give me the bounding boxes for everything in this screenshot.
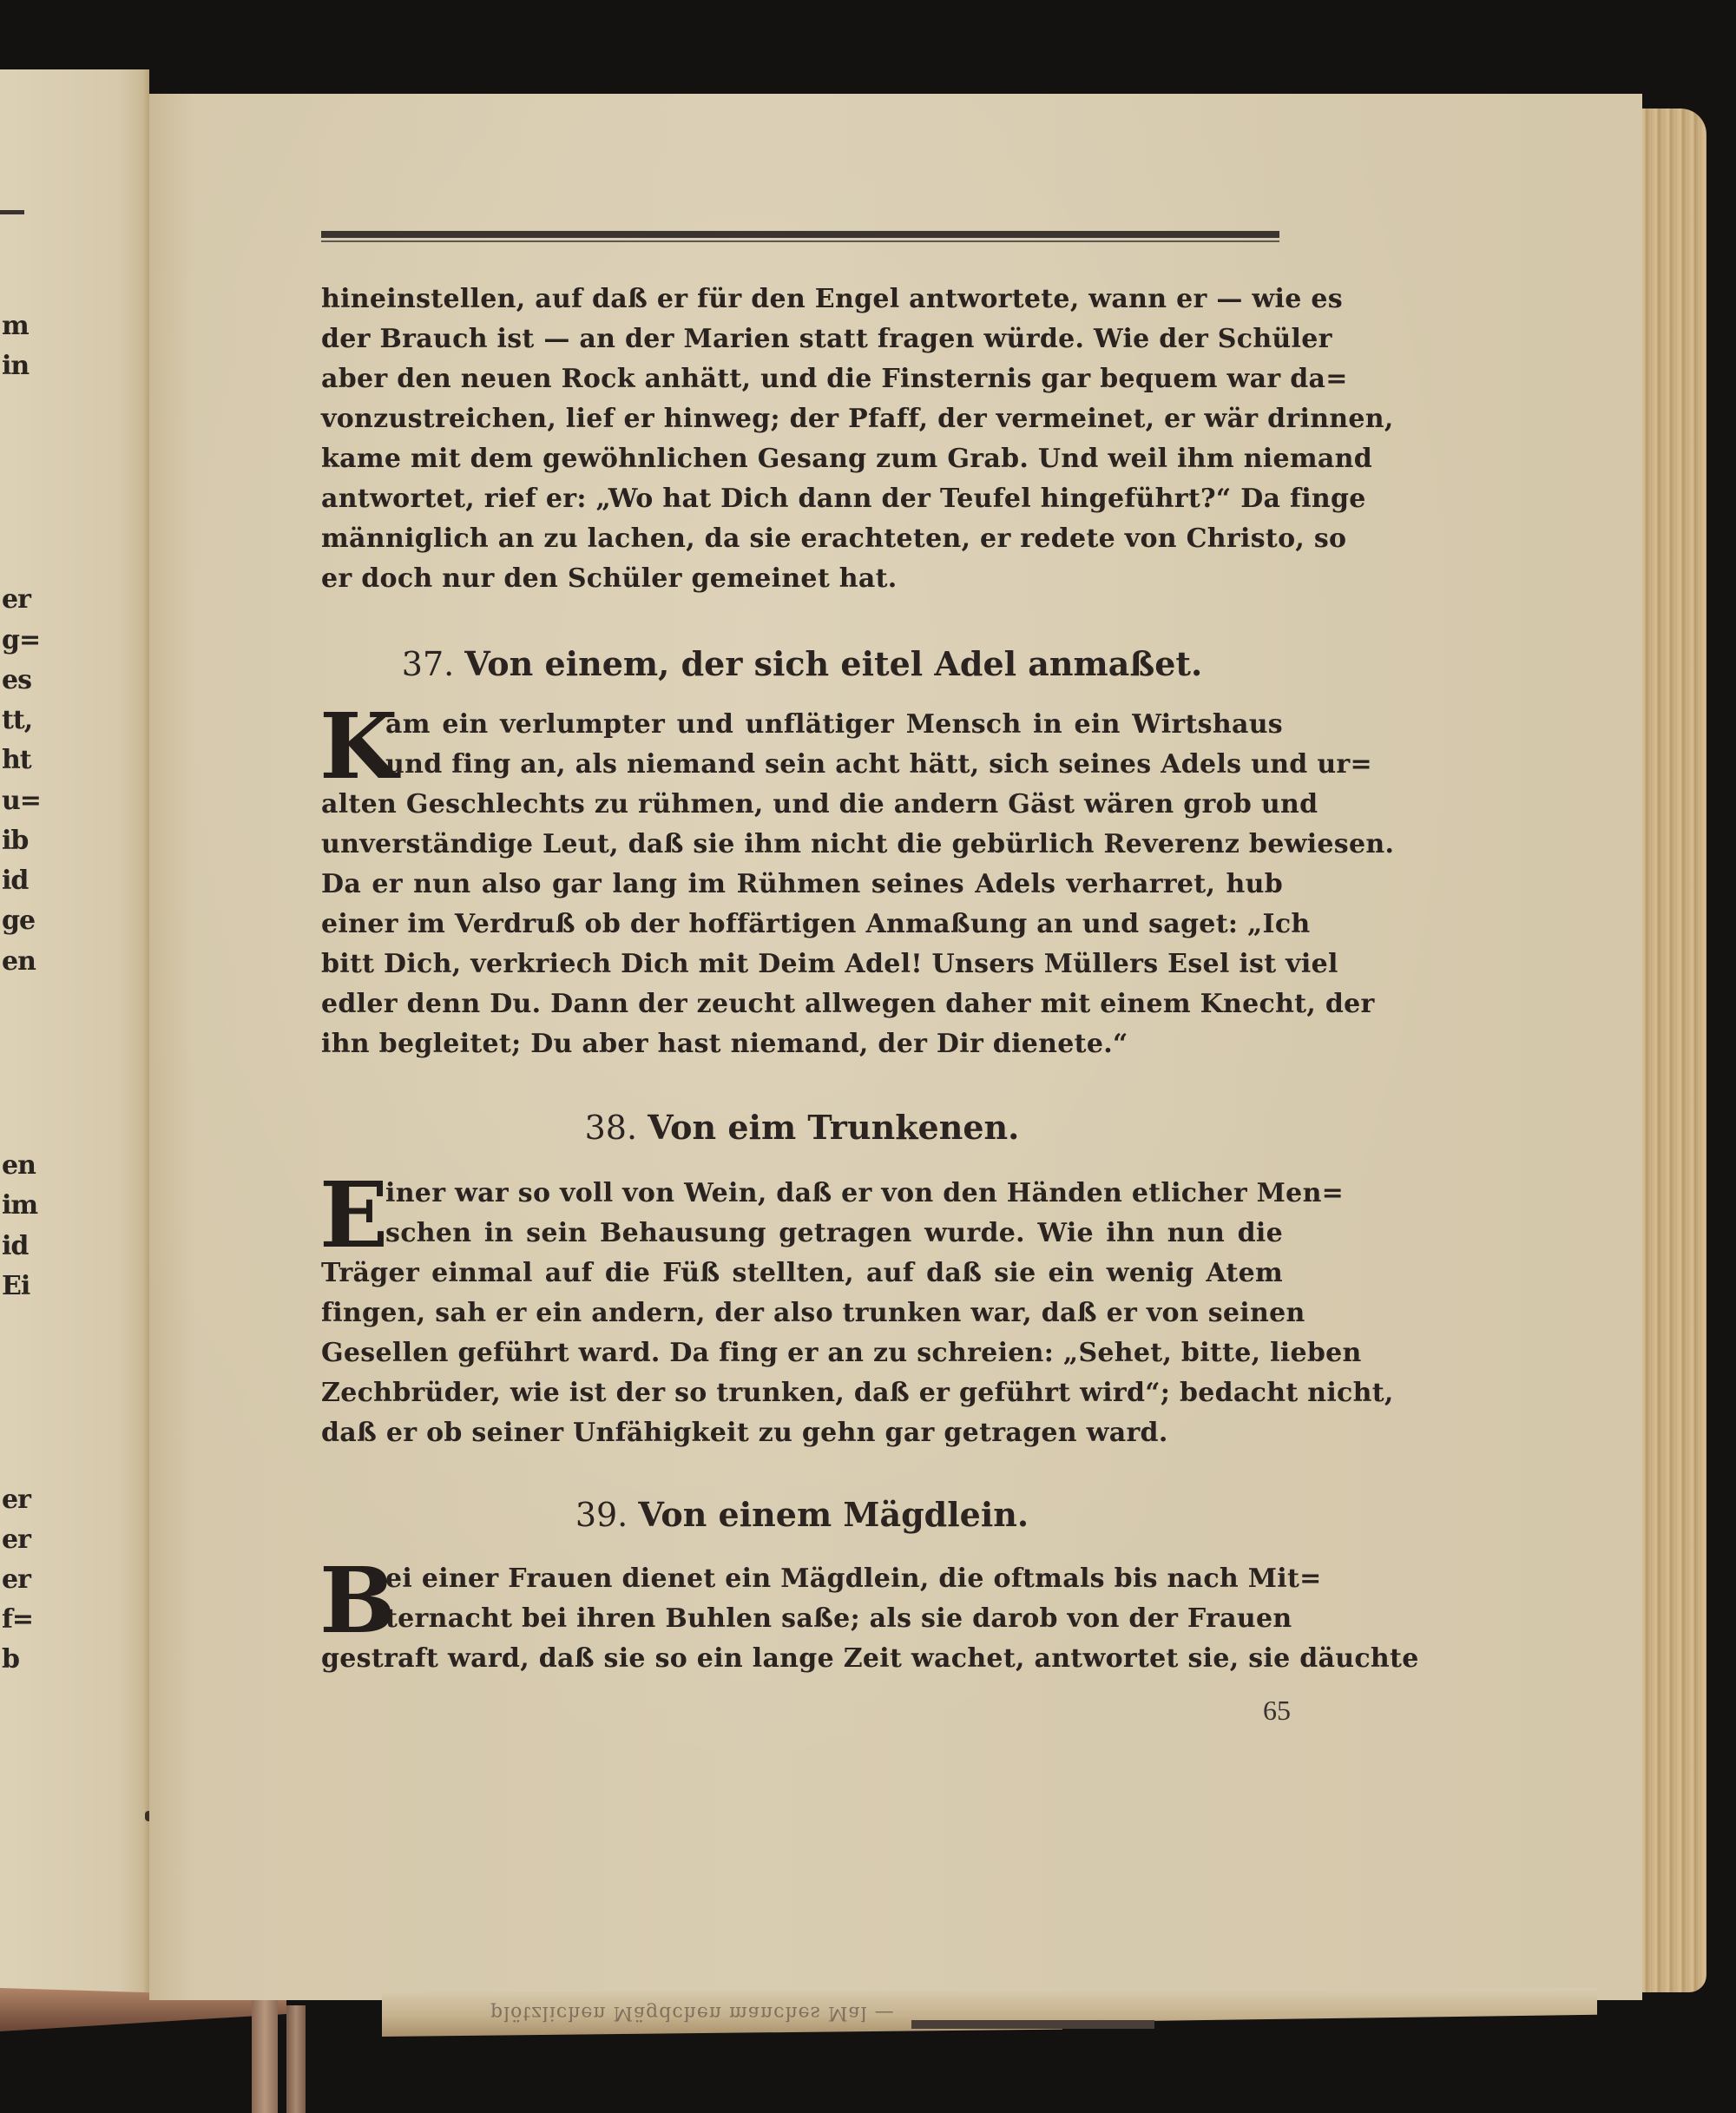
section-number: 39.: [575, 1496, 628, 1534]
text-line: Da er nun also gar lang im Rühmen seines…: [321, 865, 1283, 905]
left-fragment: Ei: [2, 1271, 30, 1301]
section-title: Von einem, der sich eitel Adel anmaßet.: [464, 644, 1202, 683]
left-fragment: ib: [2, 826, 28, 856]
drop-cap: B: [319, 1556, 396, 1646]
left-fragment: g=: [2, 625, 40, 655]
left-fragment: es: [2, 665, 31, 695]
page-edge-stack: [1639, 109, 1706, 1992]
section-heading-38: 38. Von eim Trunkenen.: [321, 1108, 1283, 1147]
left-fragment: er: [2, 1564, 30, 1595]
text-line: Träger einmal auf die Füß stellten, auf …: [321, 1254, 1283, 1293]
text-line: der Brauch ist — an der Marien statt fra…: [321, 319, 1283, 359]
bookmark-ribbon: [286, 2005, 306, 2113]
bookmark-ribbon: [252, 1997, 278, 2113]
text-line: fingen, sah er ein andern, der also trun…: [321, 1293, 1283, 1333]
left-fragment: en: [2, 946, 36, 977]
left-page: m in er g= es tt, ht u= ib id ge en en i…: [0, 69, 149, 2005]
text-line: antwortet, rief er: „Wo hat Dich dann de…: [321, 479, 1283, 519]
text-line: bitt Dich, verkriech Dich mit Deim Adel!…: [321, 945, 1283, 984]
text-line: gestraft ward, daß sie so ein lange Zeit…: [321, 1639, 1283, 1679]
section-38-body: E iner war so voll von Wein, daß er von …: [321, 1174, 1283, 1453]
section-number: 37.: [402, 645, 454, 683]
section-39-body: B ei einer Frauen dienet ein Mägdlein, d…: [321, 1559, 1283, 1679]
text-line: männiglich an zu lachen, da sie erachtet…: [321, 519, 1283, 559]
left-page-rule: [0, 210, 24, 214]
text-line: Zechbrüder, wie ist der so trunken, daß …: [321, 1373, 1283, 1413]
text-line: einer im Verdruß ob der hoffärtigen Anma…: [321, 905, 1283, 945]
text-line: edler denn Du. Dann der zeucht allwegen …: [321, 984, 1283, 1024]
book-scan: m in er g= es tt, ht u= ib id ge en en i…: [0, 0, 1736, 2113]
section-heading-39: 39. Von einem Mägdlein.: [321, 1495, 1283, 1534]
left-fragment: b: [2, 1644, 19, 1675]
section-37-body: K am ein verlumpter und unflätiger Mensc…: [321, 705, 1283, 1064]
text-line: aber den neuen Rock anhätt, und die Fins…: [321, 359, 1283, 399]
text-line: Gesellen geführt ward. Da fing er an zu …: [321, 1333, 1283, 1373]
left-fragment: id: [2, 1231, 28, 1261]
text-line: und fing an, als niemand sein acht hätt,…: [321, 745, 1283, 785]
page-number: 65: [1263, 1695, 1291, 1727]
header-rule-thin: [321, 240, 1279, 242]
section-heading-37: 37. Von einem, der sich eitel Adel anmaß…: [321, 644, 1283, 683]
drop-cap: K: [319, 701, 398, 792]
left-fragment: m: [2, 311, 29, 341]
text-line: am ein verlumpter und unflätiger Mensch …: [321, 705, 1283, 745]
text-line: ei einer Frauen dienet ein Mägdlein, die…: [321, 1559, 1283, 1599]
text-line: ihn begleitet; Du aber hast niemand, der…: [321, 1024, 1283, 1064]
left-fragment: id: [2, 866, 28, 896]
left-fragment: er: [2, 1484, 30, 1515]
left-fragment: tt,: [2, 705, 32, 735]
section-title: Von einem Mägdlein.: [638, 1495, 1029, 1534]
drop-cap: E: [319, 1170, 389, 1261]
left-fragment: en: [2, 1150, 36, 1181]
text-line: daß er ob seiner Unfähigkeit zu gehn gar…: [321, 1413, 1283, 1453]
left-fragment: in: [2, 351, 29, 381]
left-fragment: f=: [2, 1604, 33, 1635]
header-rule: [321, 231, 1279, 238]
section-number: 38.: [585, 1109, 637, 1147]
bottom-strip-bar: [911, 2020, 1154, 2029]
text-line: vonzustreichen, lief er hinweg; der Pfaf…: [321, 399, 1283, 439]
text-line: unverständige Leut, daß sie ihm nicht di…: [321, 825, 1283, 865]
text-line: iner war so voll von Wein, daß er von de…: [321, 1174, 1283, 1214]
section-title: Von eim Trunkenen.: [648, 1108, 1019, 1147]
text-line: kame mit dem gewöhnlichen Gesang zum Gra…: [321, 439, 1283, 479]
text-line: ternacht bei ihren Buhlen saße; als sie …: [321, 1599, 1283, 1639]
left-fragment: ge: [2, 905, 35, 936]
left-fragment: er: [2, 584, 30, 615]
left-fragment: ht: [2, 745, 31, 775]
left-fragment: u=: [2, 786, 41, 816]
left-fragment: er: [2, 1524, 30, 1555]
text-line: hineinstellen, auf daß er für den Engel …: [321, 280, 1283, 319]
continuation-paragraph: hineinstellen, auf daß er für den Engel …: [321, 280, 1283, 599]
left-fragment: im: [2, 1190, 37, 1221]
text-line: schen in sein Behausung getragen wurde. …: [321, 1214, 1283, 1254]
text-line: alten Geschlechts zu rühmen, und die and…: [321, 785, 1283, 825]
text-line: er doch nur den Schüler gemeinet hat.: [321, 559, 1283, 599]
